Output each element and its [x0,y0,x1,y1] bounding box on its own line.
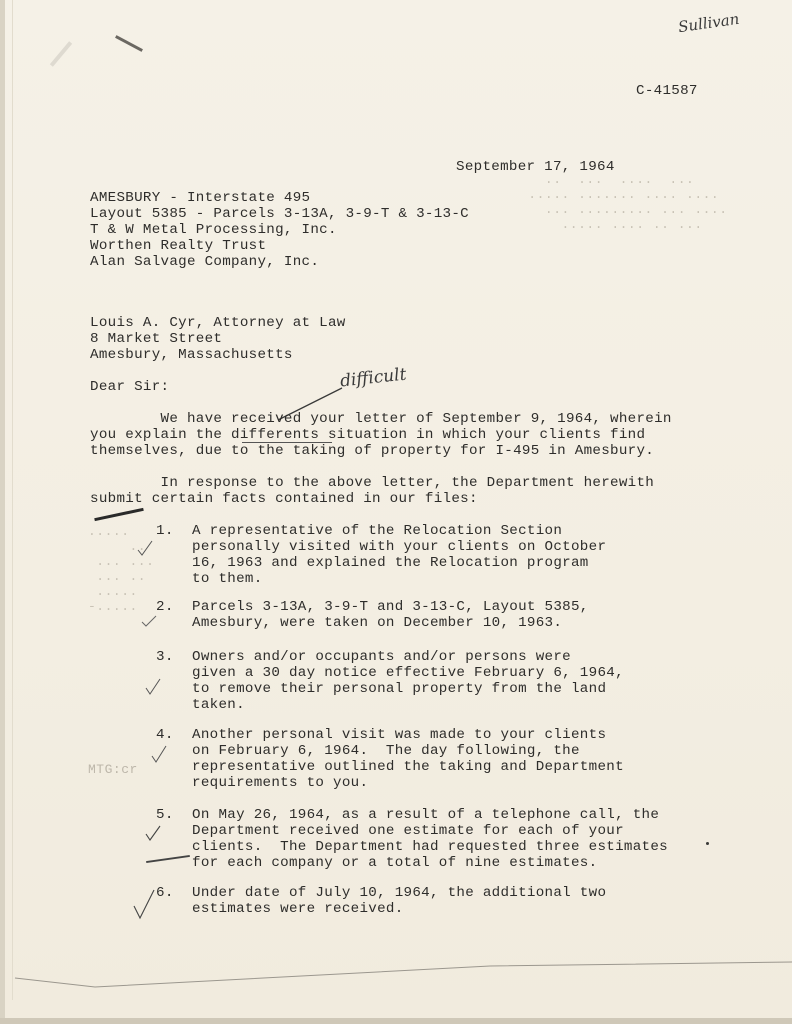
item-line: Under date of July 10, 1964, the additio… [192,886,606,902]
item-line: requirements to you. [192,776,368,792]
item-number: 4. [156,728,174,744]
item-line: A representative of the Relocation Secti… [192,524,562,540]
item-line: on February 6, 1964. The day following, … [192,744,580,760]
subject-line: AMESBURY - Interstate 495 [90,191,310,207]
checkmark-icon [144,824,162,844]
checkmark-icon [150,744,168,764]
item-number: 6. [156,886,174,902]
item-line: to remove their personal property from t… [192,682,606,698]
paragraph-line: In response to the above letter, the Dep… [90,476,654,492]
item-line: estimates were received. [192,902,404,918]
strikeout-mark [242,442,332,443]
subject-line: T & W Metal Processing, Inc. [90,223,337,239]
handwritten-top-note: Sullivan [677,10,740,36]
item-line: Amesbury, were taken on December 10, 196… [192,616,562,632]
show-through-text: ..... .. ... ... ... .. ..... -..... [88,524,154,614]
item-line: personally visited with your clients on … [192,540,606,556]
subject-line: Alan Salvage Company, Inc. [90,255,319,271]
checkmark-icon [144,677,162,697]
paragraph-line: We have received your letter of Septembe… [90,412,672,428]
item-line: given a 30 day notice effective February… [192,666,624,682]
staple-mark [115,35,143,52]
item-line: clients. The Department had requested th… [192,840,668,856]
item-number: 5. [156,808,174,824]
item-line: On May 26, 1964, as a result of a teleph… [192,808,659,824]
letter-page: Sullivan C-41587 September 17, 1964 .. .… [0,0,792,1024]
item-number: 3. [156,650,174,666]
subject-line: Layout 5385 - Parcels 3-13A, 3-9-T & 3-1… [90,207,469,223]
file-number: C-41587 [636,84,698,100]
item-line: taken. [192,698,245,714]
paragraph-line: you explain the differents situation in … [90,428,645,444]
subject-line: Worthen Realty Trust [90,239,266,255]
salutation: Dear Sir: [90,380,169,396]
page-edge [0,0,5,1024]
staple-impression [50,41,72,67]
page-fold-line [12,0,13,1000]
underline-mark [94,508,144,521]
item-line: Another personal visit was made to your … [192,728,606,744]
pen-stroke-mark [146,855,190,863]
paragraph-line: themselves, due to the taking of propert… [90,444,654,460]
item-line: to them. [192,572,263,588]
recipient-line: 8 Market Street [90,332,222,348]
item-number: 1. [156,524,174,540]
item-line: Parcels 3-13A, 3-9-T and 3-13-C, Layout … [192,600,589,616]
show-through-text: .. ... .... ... ..... ....... .... .... … [520,172,728,232]
item-line: Department received one estimate for eac… [192,824,624,840]
checkmark-icon [132,888,158,920]
page-bottom-shadow [0,1018,792,1024]
page-bottom-edge [0,960,792,1000]
margin-initials: MTG:cr [88,762,138,777]
paragraph-line: submit certain facts contained in our fi… [90,492,478,508]
item-line: 16, 1963 and explained the Relocation pr… [192,556,589,572]
item-number: 2. [156,600,174,616]
recipient-line: Amesbury, Massachusetts [90,348,293,364]
recipient-line: Louis A. Cyr, Attorney at Law [90,316,346,332]
item-line: for each company or a total of nine esti… [192,856,597,872]
ink-dot [706,842,709,845]
item-line: representative outlined the taking and D… [192,760,624,776]
item-line: Owners and/or occupants and/or persons w… [192,650,571,666]
